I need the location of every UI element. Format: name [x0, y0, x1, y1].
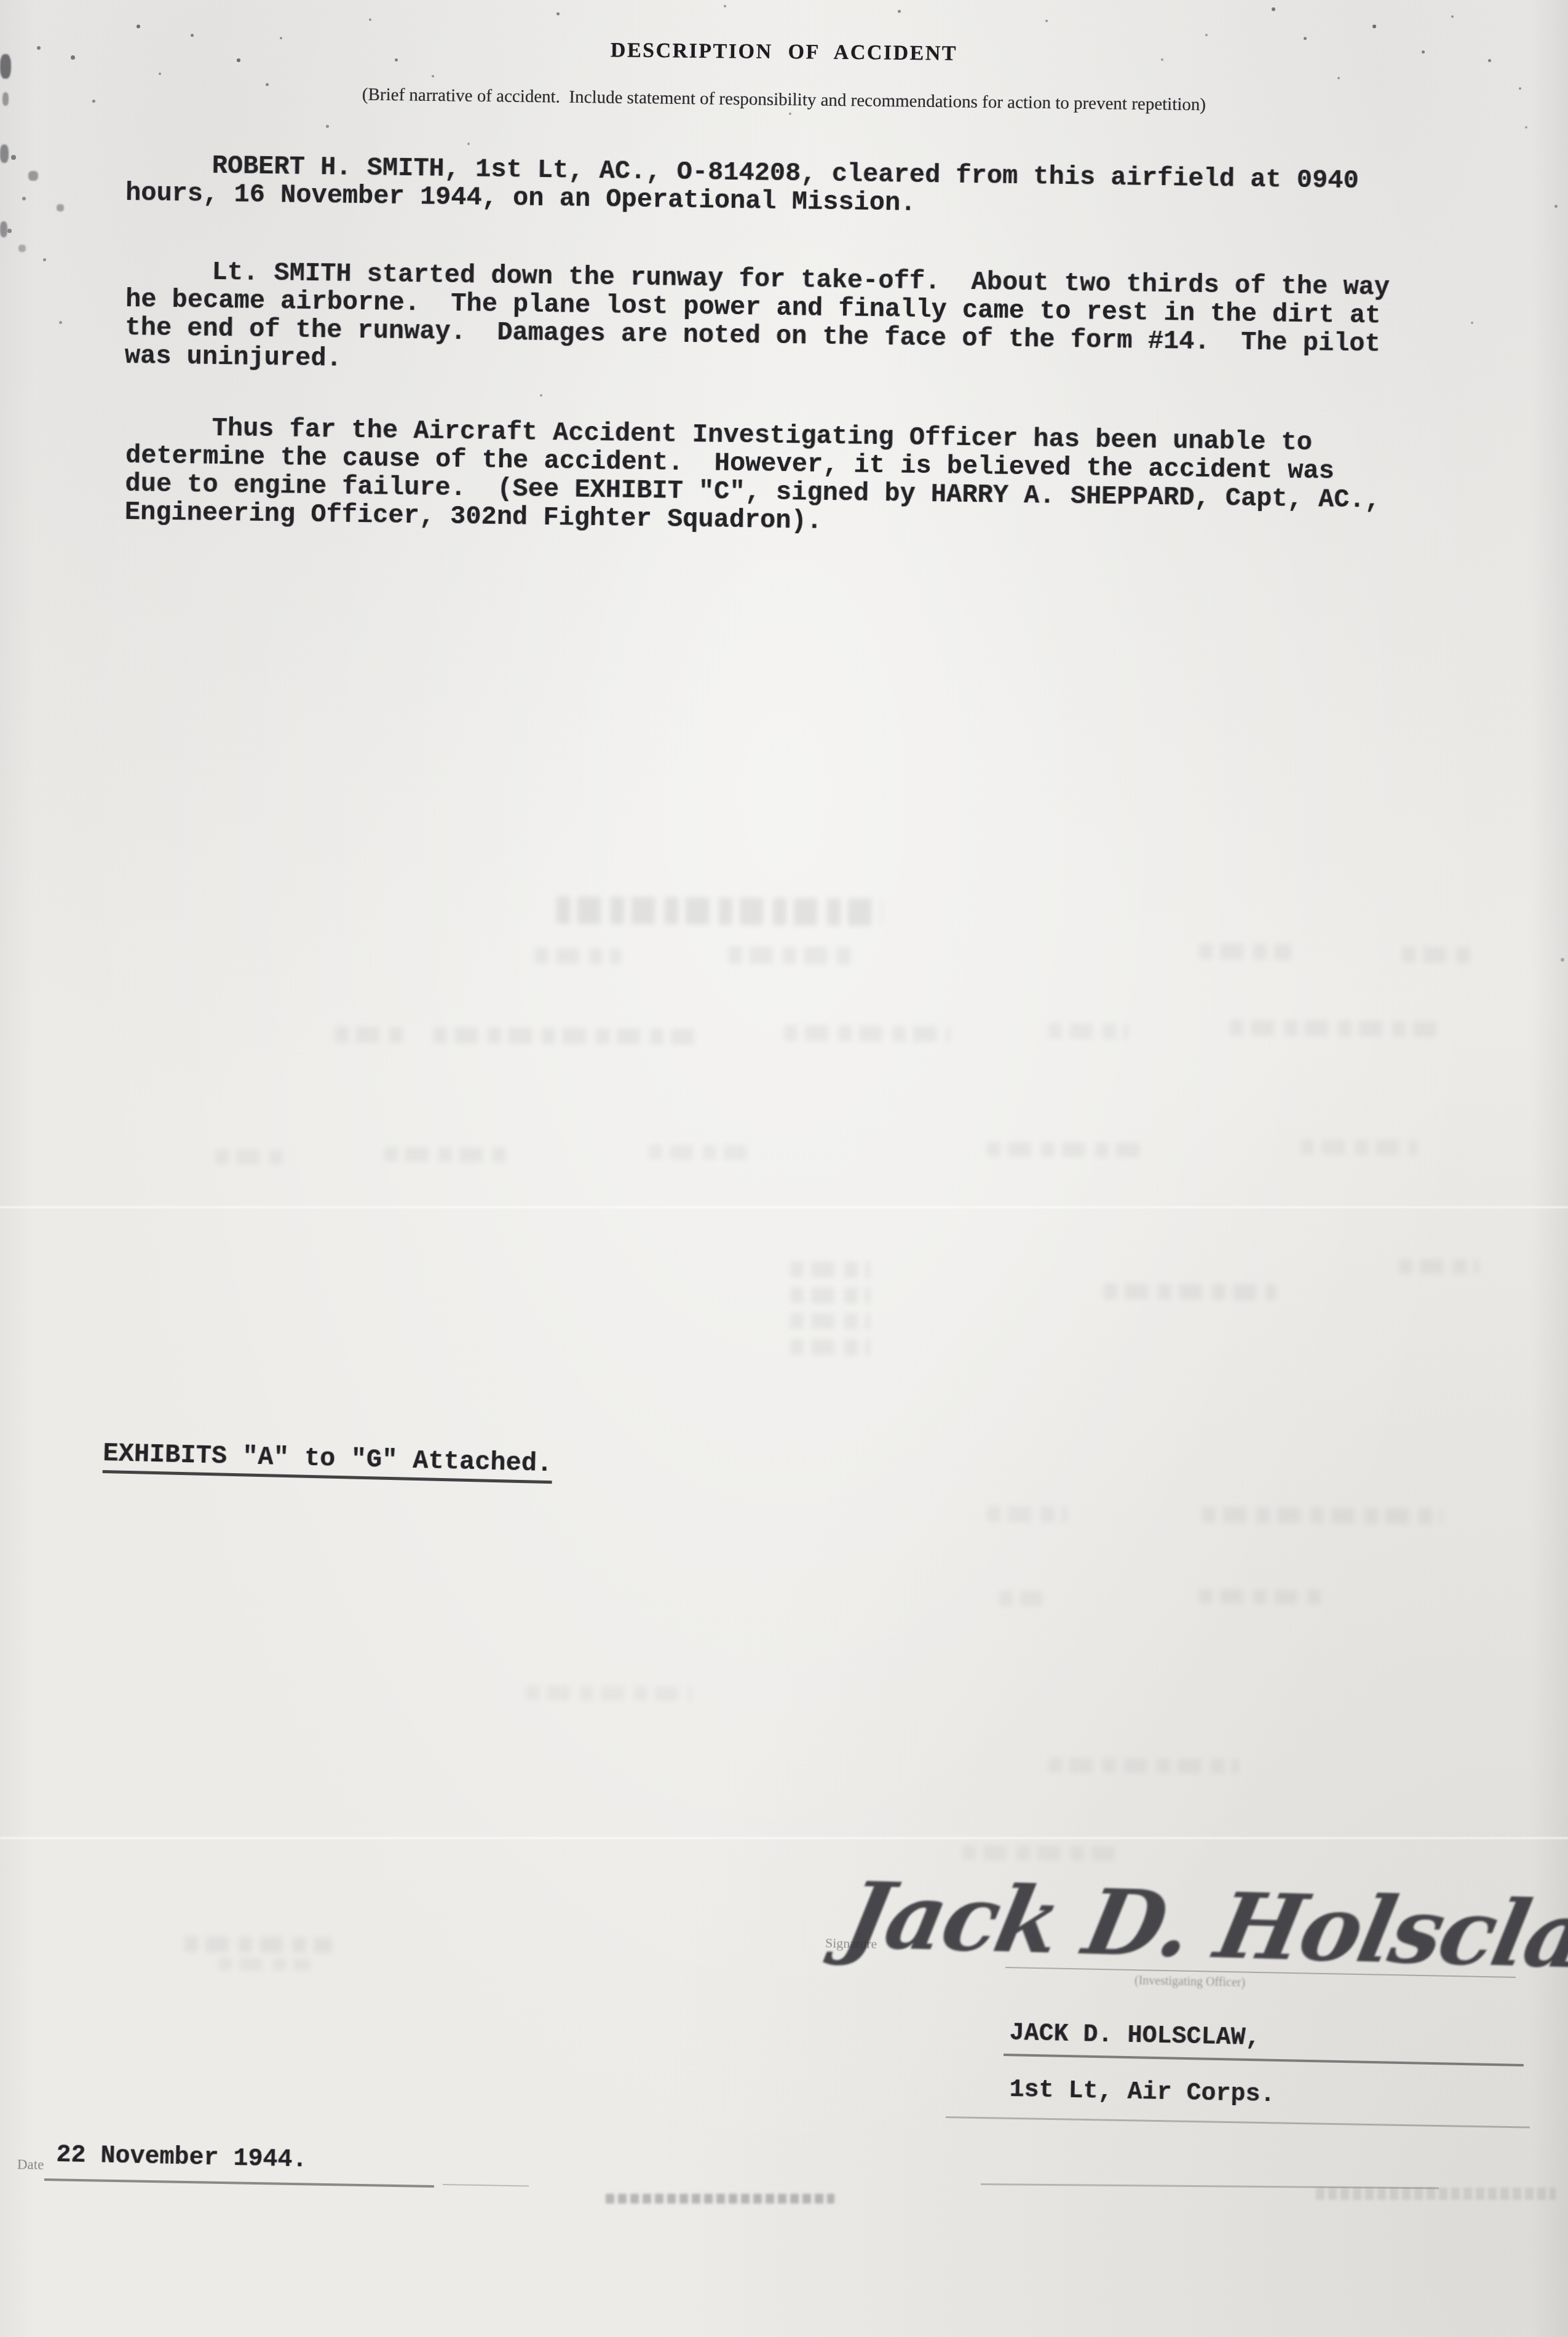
narrative-paragraph-2: Lt. SMITH started down the runway for ta… — [125, 257, 1485, 388]
bleedthrough-artifact — [434, 1027, 698, 1045]
bleedthrough-artifact — [1399, 1259, 1479, 1275]
bleedthrough-artifact — [556, 896, 882, 926]
ink-speck — [1554, 205, 1558, 208]
ink-speck — [43, 258, 46, 261]
date-underline — [443, 2184, 529, 2186]
ink-speck — [280, 37, 282, 39]
bleedthrough-artifact — [987, 1142, 1147, 1158]
ink-speck — [1525, 126, 1527, 129]
bleedthrough-artifact — [215, 1150, 283, 1165]
bleedthrough-artifact — [784, 1025, 950, 1042]
date-field-label: Date — [17, 2157, 44, 2173]
ink-speck — [1488, 59, 1491, 62]
paper-crease — [0, 1837, 1568, 1839]
ink-speck — [369, 18, 371, 21]
bleedthrough-artifact — [987, 1506, 1067, 1523]
ink-speck — [898, 10, 901, 13]
rank-underline — [946, 2116, 1530, 2129]
ink-speck — [11, 155, 16, 160]
form-print-smudge — [1316, 2188, 1556, 2200]
paper-edge-blob — [0, 144, 9, 163]
paper-edge-blob — [2, 92, 9, 106]
paper-crease — [0, 1206, 1568, 1208]
scanned-accident-report-page: DESCRIPTION OF ACCIDENT (Brief narrative… — [0, 0, 1568, 2337]
paper-edge-blob — [18, 245, 26, 252]
bleedthrough-artifact — [218, 1958, 311, 1971]
typed-signer-rank: 1st Lt, Air Corps. — [1009, 2077, 1275, 2109]
date-underline — [44, 2178, 434, 2188]
bleedthrough-artifact — [790, 1262, 870, 1278]
ink-speck — [191, 34, 194, 37]
bleedthrough-artifact — [1199, 1589, 1328, 1604]
ink-speck — [328, 297, 331, 300]
form-print-smudge — [606, 2194, 834, 2204]
ink-speck — [266, 83, 269, 86]
bleedthrough-artifact — [184, 1936, 332, 1953]
ink-speck — [7, 229, 12, 233]
narrative-paragraph-1: ROBERT H. SMITH, 1st Lt, AC., O-814208, … — [125, 151, 1485, 225]
ink-speck — [326, 125, 329, 128]
paper-edge-blob — [28, 171, 38, 181]
ink-speck — [1422, 50, 1425, 53]
paper-edge-blob — [57, 204, 64, 212]
paper-edge-blob — [0, 221, 7, 237]
ink-speck — [789, 113, 791, 115]
typed-name-underline — [1004, 2054, 1524, 2066]
bleedthrough-artifact — [1104, 1283, 1276, 1300]
typed-signer-name: JACK D. HOLSCLAW, — [1009, 2020, 1261, 2052]
bleedthrough-artifact — [1402, 947, 1476, 963]
bleedthrough-artifact — [1048, 1758, 1239, 1774]
ink-speck — [1471, 322, 1473, 324]
document-title: DESCRIPTION OF ACCIDENT — [611, 39, 957, 65]
paper-edge-blob — [0, 54, 11, 79]
ink-speck — [1272, 7, 1275, 11]
report-date: 22 November 1944. — [56, 2142, 307, 2175]
ink-speck — [1372, 25, 1376, 28]
ink-speck — [395, 58, 398, 61]
ink-speck — [1205, 34, 1208, 36]
ink-speck — [71, 55, 75, 60]
ink-speck — [556, 12, 560, 15]
bleedthrough-artifact — [1048, 1023, 1128, 1040]
ink-speck — [137, 25, 140, 28]
ink-speck — [540, 394, 542, 397]
ink-speck — [1045, 20, 1048, 22]
ink-speck — [724, 5, 726, 7]
ink-speck — [22, 197, 26, 200]
bleedthrough-artifact — [999, 1591, 1042, 1606]
signature-field-sublabel: (Investigating Officer) — [1134, 1974, 1246, 1990]
bleedthrough-artifact — [790, 1313, 870, 1330]
ink-speck — [1519, 87, 1521, 90]
bleedthrough-artifact — [1202, 1507, 1442, 1525]
bleedthrough-artifact — [790, 1339, 870, 1356]
bleedthrough-artifact — [526, 1685, 692, 1701]
ink-speck — [467, 143, 470, 145]
bleedthrough-artifact — [790, 1287, 870, 1304]
ink-speck — [59, 321, 62, 324]
ink-speck — [1337, 77, 1340, 79]
bleedthrough-artifact — [649, 1144, 747, 1160]
bleedthrough-artifact — [1301, 1139, 1417, 1155]
ink-speck — [1561, 958, 1564, 962]
bleedthrough-artifact — [535, 948, 621, 965]
bleedthrough-artifact — [962, 1845, 1116, 1861]
exhibits-attached-line: EXHIBITS "A" to "G" Attached. — [103, 1439, 553, 1484]
bleedthrough-artifact — [1199, 943, 1291, 960]
ink-speck — [432, 75, 434, 77]
ink-speck — [1161, 58, 1163, 61]
ink-speck — [92, 100, 95, 103]
narrative-paragraph-3: Thus far the Aircraft Accident Investiga… — [125, 413, 1485, 544]
bleedthrough-artifact — [1230, 1020, 1439, 1037]
ink-speck — [237, 58, 240, 62]
ink-speck — [1451, 15, 1454, 18]
bleedthrough-artifact — [335, 1027, 409, 1043]
ink-speck — [159, 73, 161, 75]
ink-speck — [1304, 37, 1307, 40]
document-subtitle: (Brief narrative of accident. Include st… — [362, 85, 1206, 116]
ink-speck — [37, 46, 41, 50]
bleedthrough-artifact — [729, 946, 858, 964]
bleedthrough-artifact — [384, 1147, 513, 1162]
